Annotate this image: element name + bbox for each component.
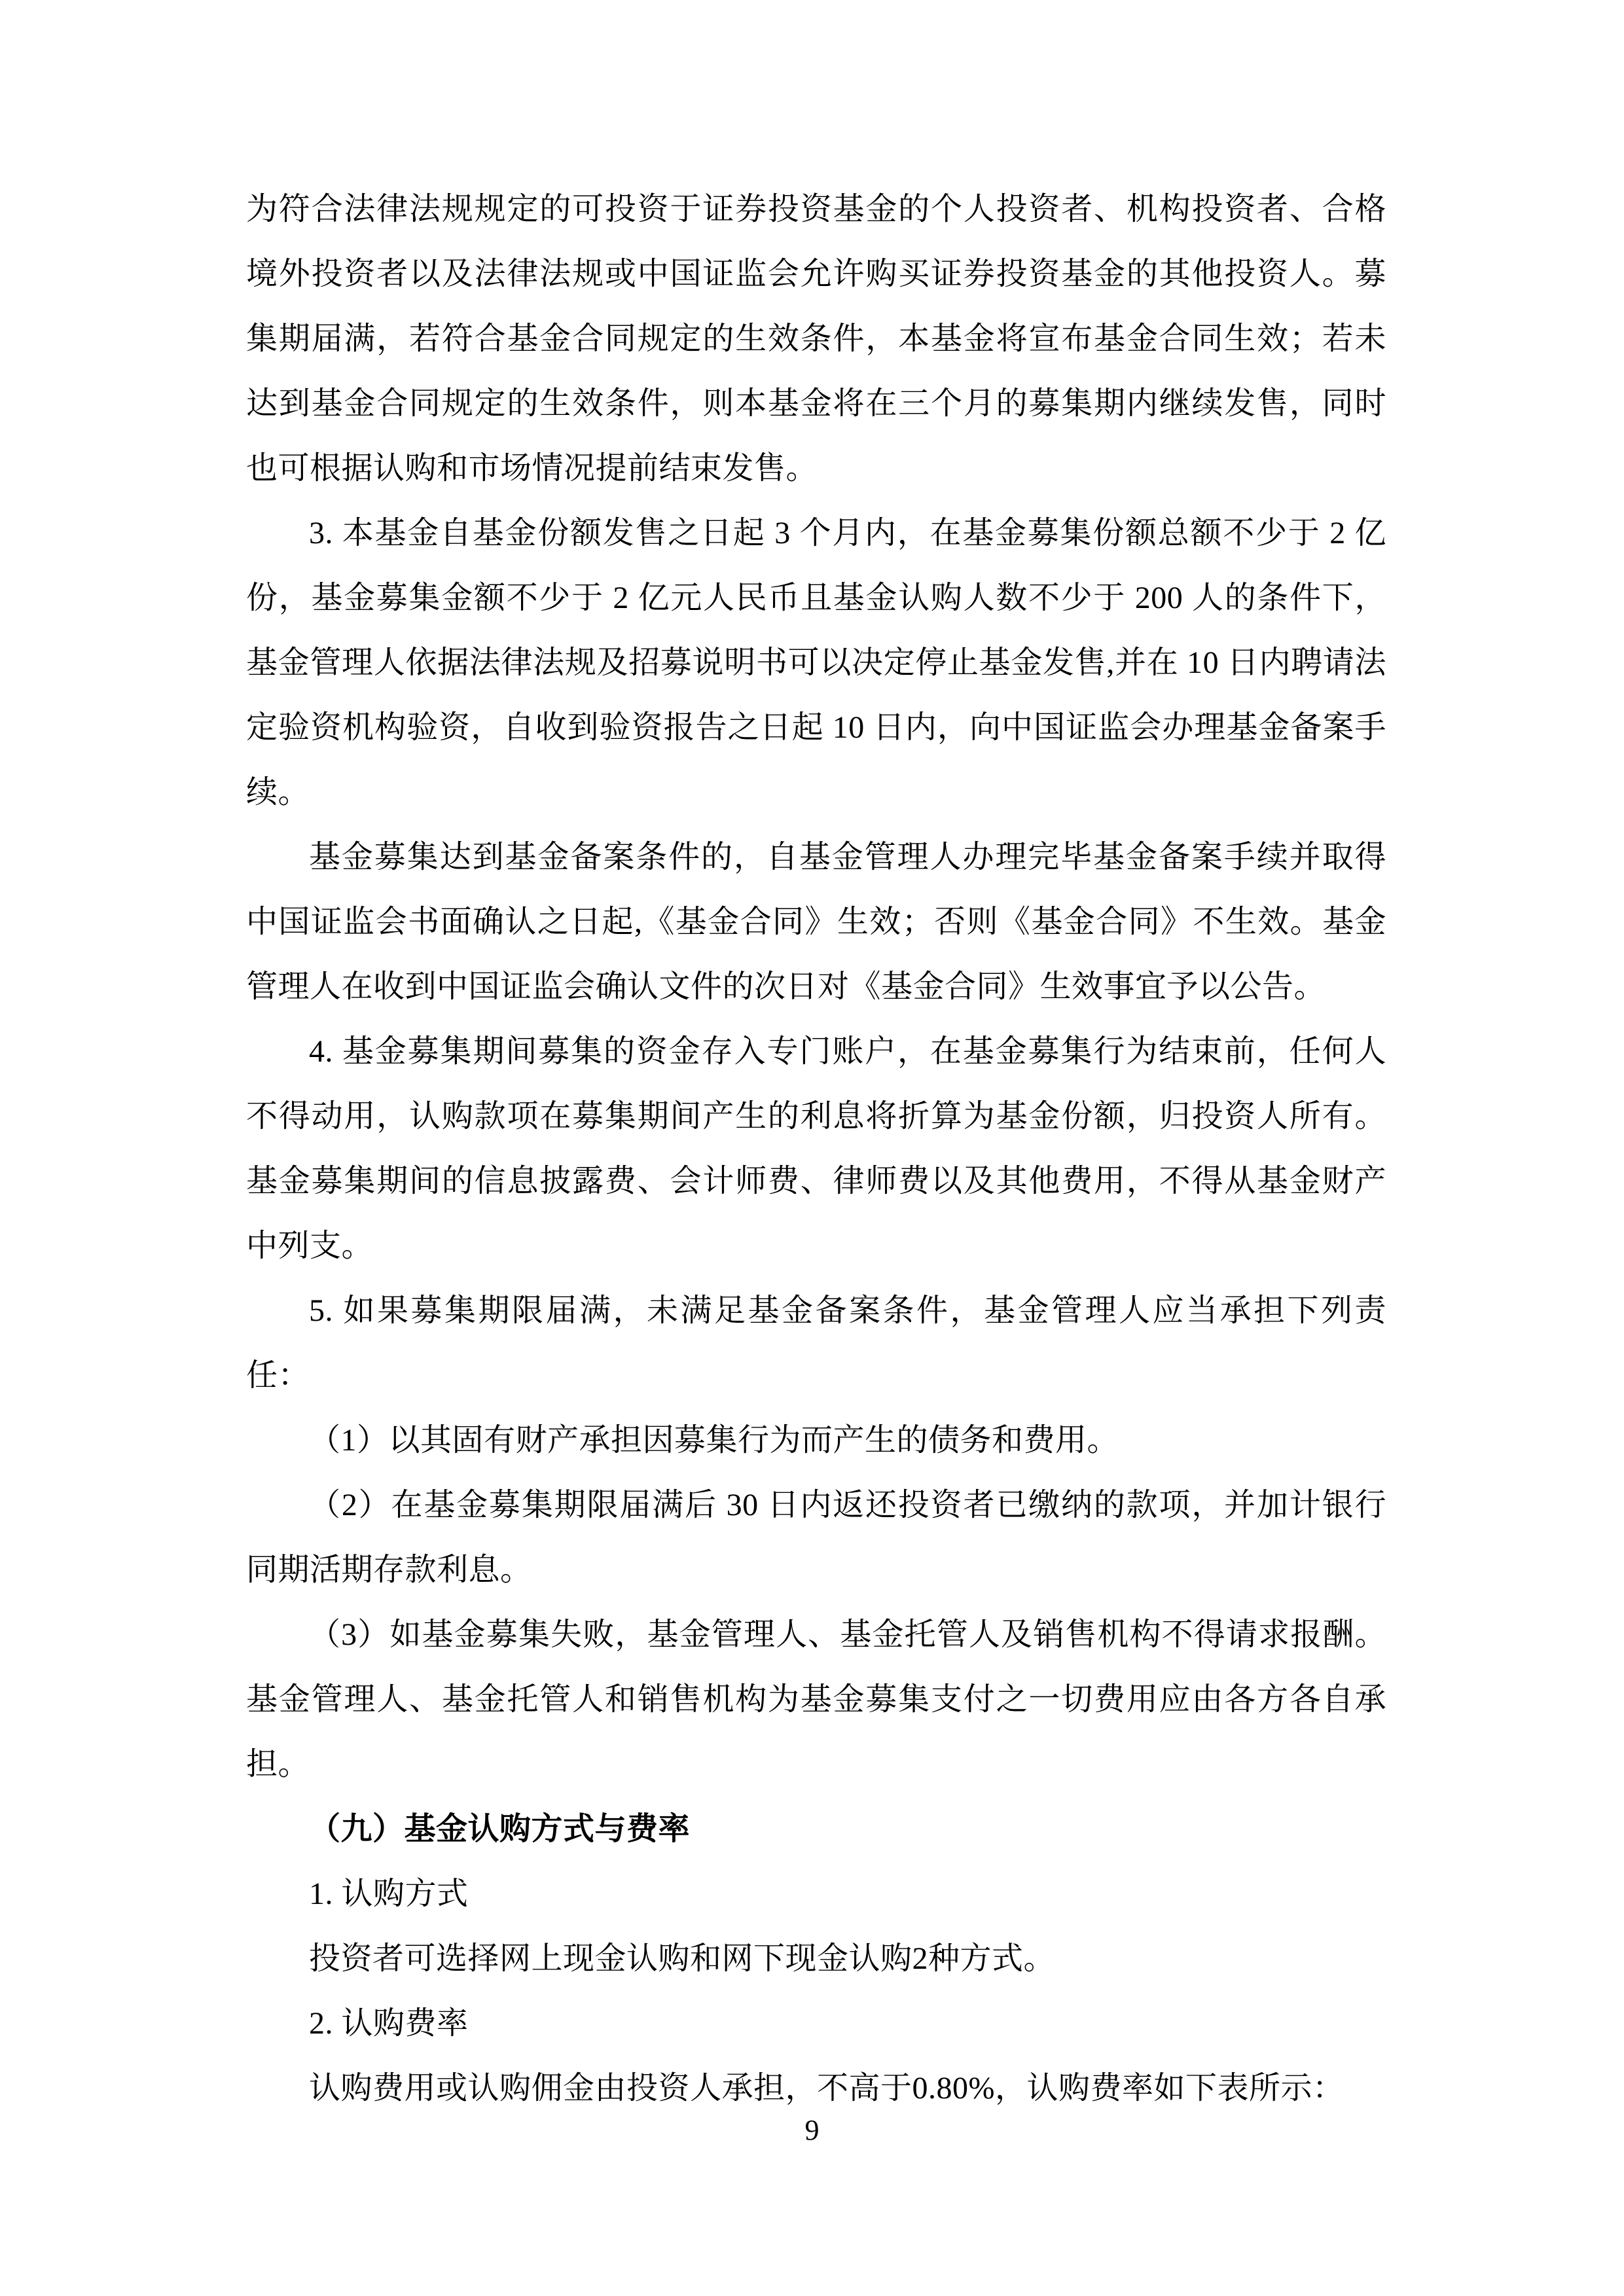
paragraph: 为符合法律法规规定的可投资于证券投资基金的个人投资者、机构投资者、合格境外投资者… <box>246 177 1386 501</box>
paragraph: 2. 认购费率 <box>246 1991 1386 2056</box>
page-number: 9 <box>0 2116 1624 2145</box>
document-page: 为符合法律法规规定的可投资于证券投资基金的个人投资者、机构投资者、合格境外投资者… <box>0 0 1624 2296</box>
paragraph: （3）如基金募集失败，基金管理人、基金托管人及销售机构不得请求报酬。基金管理人、… <box>246 1602 1386 1797</box>
document-body: 为符合法律法规规定的可投资于证券投资基金的个人投资者、机构投资者、合格境外投资者… <box>246 177 1386 2121</box>
paragraph: 1. 认购方式 <box>246 1861 1386 1926</box>
paragraph: （2）在基金募集期限届满后 30 日内返还投资者已缴纳的款项，并加计银行同期活期… <box>246 1473 1386 1602</box>
paragraph: 5. 如果募集期限届满，未满足基金备案条件，基金管理人应当承担下列责任： <box>246 1278 1386 1408</box>
paragraph: 认购费用或认购佣金由投资人承担，不高于0.80%，认购费率如下表所示： <box>246 2056 1386 2121</box>
paragraph: 4. 基金募集期间募集的资金存入专门账户，在基金募集行为结束前，任何人不得动用，… <box>246 1019 1386 1278</box>
paragraph: （1）以其固有财产承担因募集行为而产生的债务和费用。 <box>246 1408 1386 1473</box>
paragraph: 基金募集达到基金备案条件的，自基金管理人办理完毕基金备案手续并取得中国证监会书面… <box>246 825 1386 1019</box>
paragraph: 3. 本基金自基金份额发售之日起 3 个月内，在基金募集份额总额不少于 2 亿份… <box>246 501 1386 825</box>
section-heading: （九）基金认购方式与费率 <box>246 1797 1386 1861</box>
paragraph: 投资者可选择网上现金认购和网下现金认购2种方式。 <box>246 1926 1386 1991</box>
